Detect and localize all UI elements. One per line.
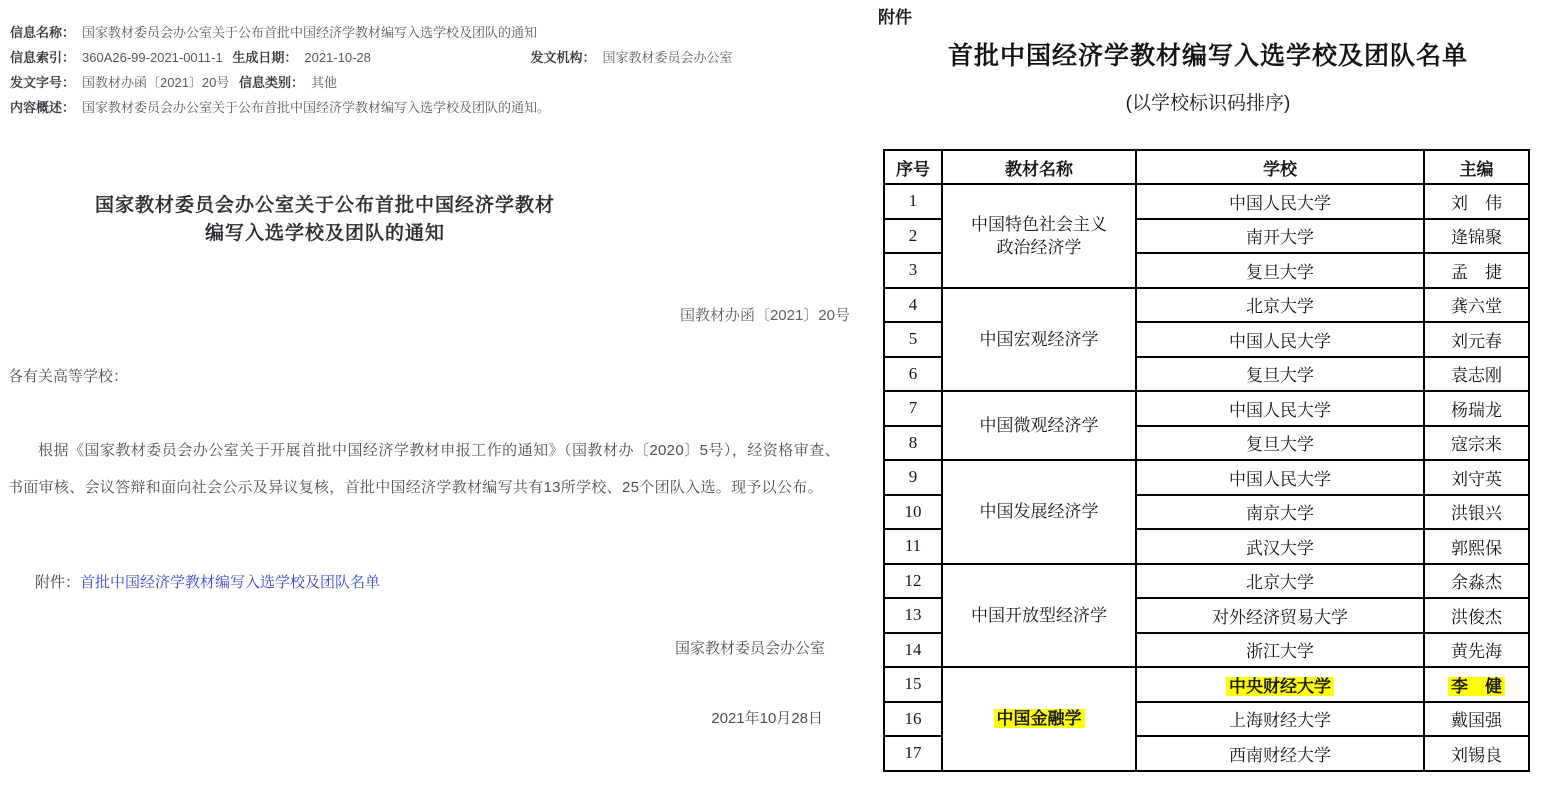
school-text: 中国人民大学 — [1229, 194, 1331, 213]
seq-no-cell: 7 — [884, 391, 942, 426]
table-row: 1中国特色社会主义政治经济学中国人民大学刘 伟 — [884, 184, 1529, 219]
editor-cell: 戴国强 — [1424, 702, 1529, 737]
seq-no-cell: 13 — [884, 598, 942, 633]
school-text: 中国人民大学 — [1229, 332, 1331, 351]
meta-line-doc-number: 发文字号：国教材办函〔2021〕20号 信息类别：其他 — [10, 70, 850, 95]
seq-no-cell: 8 — [884, 426, 942, 461]
editor-cell: 刘 伟 — [1424, 184, 1529, 219]
school-cell: 复旦大学 — [1136, 253, 1424, 288]
editor-cell: 洪俊杰 — [1424, 598, 1529, 633]
school-cell: 上海财经大学 — [1136, 702, 1424, 737]
school-cell: 南开大学 — [1136, 219, 1424, 254]
roster-table-body: 1中国特色社会主义政治经济学中国人民大学刘 伟2南开大学逄锦聚3复旦大学孟 捷4… — [884, 184, 1529, 771]
notice-body-paragraph: 根据《国家教材委员会办公室关于开展首批中国经济学教材申报工作的通知》（国教材办〔… — [8, 432, 840, 506]
notice-title-line1: 国家教材委员会办公室关于公布首批中国经济学教材 — [0, 192, 650, 220]
editor-text: 李 健 — [1448, 677, 1505, 696]
table-row: 4中国宏观经济学北京大学龚六堂 — [884, 288, 1529, 323]
meta-value: 国家教材委员会办公室关于公布首批中国经济学教材编写入选学校及团队的通知。 — [82, 100, 550, 115]
editor-cell: 孟 捷 — [1424, 253, 1529, 288]
seq-no-cell: 14 — [884, 633, 942, 668]
editor-cell: 袁志刚 — [1424, 357, 1529, 392]
document-metadata: 信息名称：国家教材委员会办公室关于公布首批中国经济学教材编写入选学校及团队的通知… — [10, 20, 850, 120]
attachment-heading: 附件 — [878, 3, 912, 28]
editor-cell: 黄先海 — [1424, 633, 1529, 668]
school-text: 武汉大学 — [1246, 539, 1314, 558]
editor-cell: 杨瑞龙 — [1424, 391, 1529, 426]
textbook-name-text: 中国微观经济学 — [980, 416, 1099, 435]
school-cell: 中国人民大学 — [1136, 184, 1424, 219]
table-row: 15中国金融学中央财经大学李 健 — [884, 667, 1529, 702]
seq-no-cell: 1 — [884, 184, 942, 219]
school-cell: 中央财经大学 — [1136, 667, 1424, 702]
school-cell: 中国人民大学 — [1136, 460, 1424, 495]
school-cell: 浙江大学 — [1136, 633, 1424, 668]
attachment-link[interactable]: 首批中国经济学教材编写入选学校及团队名单 — [80, 574, 380, 591]
seq-no-cell: 3 — [884, 253, 942, 288]
textbook-name-cell: 中国微观经济学 — [942, 391, 1136, 460]
editor-text: 洪俊杰 — [1451, 608, 1502, 627]
editor-cell: 李 健 — [1424, 667, 1529, 702]
table-row: 7中国微观经济学中国人民大学杨瑞龙 — [884, 391, 1529, 426]
school-text: 北京大学 — [1246, 573, 1314, 592]
seq-no-cell: 10 — [884, 495, 942, 530]
textbook-name-text: 中国金融学 — [994, 709, 1085, 728]
attachment-document: 附件 首批中国经济学教材编写入选学校及团队名单 (以学校标识码排序) 序号 教材… — [870, 0, 1546, 795]
notice-title-line2: 编写入选学校及团队的通知 — [0, 220, 650, 248]
meta-label: 信息名称： — [10, 25, 75, 40]
editor-text: 龚六堂 — [1451, 297, 1502, 316]
meta-label: 信息类别： — [239, 75, 304, 90]
editor-text: 郭熙保 — [1451, 539, 1502, 558]
meta-label: 发文机构： — [530, 50, 595, 65]
textbook-name-text: 中国开放型经济学 — [971, 606, 1107, 625]
textbook-name-cell: 中国特色社会主义政治经济学 — [942, 184, 1136, 288]
textbook-name-cell: 中国发展经济学 — [942, 460, 1136, 564]
school-cell: 中国人民大学 — [1136, 322, 1424, 357]
school-text: 上海财经大学 — [1229, 711, 1331, 730]
meta-label: 发文字号： — [10, 75, 75, 90]
seq-no-cell: 17 — [884, 736, 942, 771]
seq-no-cell: 4 — [884, 288, 942, 323]
table-row: 9中国发展经济学中国人民大学刘守英 — [884, 460, 1529, 495]
school-text: 南开大学 — [1246, 228, 1314, 247]
attachment-line: 附件：首批中国经济学教材编写入选学校及团队名单 — [35, 571, 380, 592]
roster-table: 序号 教材名称 学校 主编 1中国特色社会主义政治经济学中国人民大学刘 伟2南开… — [883, 149, 1530, 772]
meta-label: 生成日期： — [232, 50, 297, 65]
school-cell: 中国人民大学 — [1136, 391, 1424, 426]
editor-cell: 刘守英 — [1424, 460, 1529, 495]
editor-text: 刘锡良 — [1451, 746, 1502, 765]
school-text: 浙江大学 — [1246, 642, 1314, 661]
seq-no-cell: 5 — [884, 322, 942, 357]
editor-cell: 余淼杰 — [1424, 564, 1529, 599]
editor-text: 孟 捷 — [1451, 263, 1502, 282]
school-text: 复旦大学 — [1246, 435, 1314, 454]
meta-value: 其他 — [311, 75, 337, 90]
attachment-title: 首批中国经济学教材编写入选学校及团队名单 — [870, 36, 1546, 72]
editor-text: 刘元春 — [1451, 332, 1502, 351]
header-seq-no: 序号 — [884, 150, 942, 184]
header-school: 学校 — [1136, 150, 1424, 184]
editor-cell: 郭熙保 — [1424, 529, 1529, 564]
meta-line-name: 信息名称：国家教材委员会办公室关于公布首批中国经济学教材编写入选学校及团队的通知 — [10, 20, 850, 45]
issue-date: 2021年10月28日 — [711, 707, 823, 728]
meta-line-index: 信息索引：360A26-99-2021-0011-1 生成日期：2021-10-… — [10, 45, 850, 70]
school-text: 中国人民大学 — [1229, 401, 1331, 420]
issuing-office: 国家教材委员会办公室 — [675, 637, 825, 658]
editor-cell: 刘元春 — [1424, 322, 1529, 357]
editor-text: 洪银兴 — [1451, 504, 1502, 523]
editor-cell: 刘锡良 — [1424, 736, 1529, 771]
table-row: 12中国开放型经济学北京大学余淼杰 — [884, 564, 1529, 599]
school-text: 中国人民大学 — [1229, 470, 1331, 489]
editor-text: 余淼杰 — [1451, 573, 1502, 592]
meta-value: 360A26-99-2021-0011-1 — [82, 50, 223, 65]
seq-no-cell: 9 — [884, 460, 942, 495]
attachment-label: 附件： — [35, 574, 80, 591]
school-cell: 复旦大学 — [1136, 426, 1424, 461]
meta-label: 信息索引： — [10, 50, 75, 65]
meta-value: 国家教材委员会办公室关于公布首批中国经济学教材编写入选学校及团队的通知 — [82, 25, 537, 40]
textbook-name-cell: 中国宏观经济学 — [942, 288, 1136, 392]
textbook-name-text: 中国特色社会主义政治经济学 — [971, 215, 1107, 257]
seq-no-cell: 12 — [884, 564, 942, 599]
school-text: 北京大学 — [1246, 297, 1314, 316]
editor-text: 寇宗来 — [1451, 435, 1502, 454]
school-text: 复旦大学 — [1246, 263, 1314, 282]
textbook-name-cell: 中国金融学 — [942, 667, 1136, 771]
textbook-name-text: 中国发展经济学 — [980, 502, 1099, 521]
editor-text: 刘守英 — [1451, 470, 1502, 489]
school-cell: 南京大学 — [1136, 495, 1424, 530]
school-text: 中央财经大学 — [1226, 677, 1334, 696]
school-text: 复旦大学 — [1246, 366, 1314, 385]
meta-value: 国教材办函〔2021〕20号 — [82, 75, 229, 90]
table-header-row: 序号 教材名称 学校 主编 — [884, 150, 1529, 184]
meta-value: 国家教材委员会办公室 — [603, 50, 733, 65]
editor-cell: 龚六堂 — [1424, 288, 1529, 323]
attachment-subtitle: (以学校标识码排序) — [870, 88, 1546, 115]
editor-text: 杨瑞龙 — [1451, 401, 1502, 420]
editor-cell: 洪银兴 — [1424, 495, 1529, 530]
seq-no-cell: 2 — [884, 219, 942, 254]
seq-no-cell: 15 — [884, 667, 942, 702]
notice-document: 信息名称：国家教材委员会办公室关于公布首批中国经济学教材编写入选学校及团队的通知… — [0, 0, 860, 795]
meta-value: 2021-10-28 — [304, 50, 371, 65]
school-cell: 复旦大学 — [1136, 357, 1424, 392]
notice-title: 国家教材委员会办公室关于公布首批中国经济学教材 编写入选学校及团队的通知 — [0, 192, 650, 248]
editor-text: 黄先海 — [1451, 642, 1502, 661]
salutation: 各有关高等学校： — [8, 365, 128, 386]
school-cell: 北京大学 — [1136, 564, 1424, 599]
editor-cell: 逄锦聚 — [1424, 219, 1529, 254]
editor-text: 刘 伟 — [1451, 194, 1502, 213]
school-cell: 北京大学 — [1136, 288, 1424, 323]
seq-no-cell: 16 — [884, 702, 942, 737]
meta-label: 内容概述： — [10, 100, 75, 115]
header-textbook-name: 教材名称 — [942, 150, 1136, 184]
school-text: 南京大学 — [1246, 504, 1314, 523]
school-cell: 西南财经大学 — [1136, 736, 1424, 771]
school-text: 西南财经大学 — [1229, 746, 1331, 765]
school-cell: 武汉大学 — [1136, 529, 1424, 564]
editor-cell: 寇宗来 — [1424, 426, 1529, 461]
textbook-name-cell: 中国开放型经济学 — [942, 564, 1136, 668]
document-reference-number: 国教材办函〔2021〕20号 — [680, 304, 850, 325]
meta-line-summary: 内容概述：国家教材委员会办公室关于公布首批中国经济学教材编写入选学校及团队的通知… — [10, 95, 850, 120]
editor-text: 袁志刚 — [1451, 366, 1502, 385]
seq-no-cell: 6 — [884, 357, 942, 392]
header-chief-editor: 主编 — [1424, 150, 1529, 184]
editor-text: 戴国强 — [1451, 711, 1502, 730]
school-text: 对外经济贸易大学 — [1212, 608, 1348, 627]
school-cell: 对外经济贸易大学 — [1136, 598, 1424, 633]
seq-no-cell: 11 — [884, 529, 942, 564]
editor-text: 逄锦聚 — [1451, 228, 1502, 247]
textbook-name-text: 中国宏观经济学 — [980, 330, 1099, 349]
